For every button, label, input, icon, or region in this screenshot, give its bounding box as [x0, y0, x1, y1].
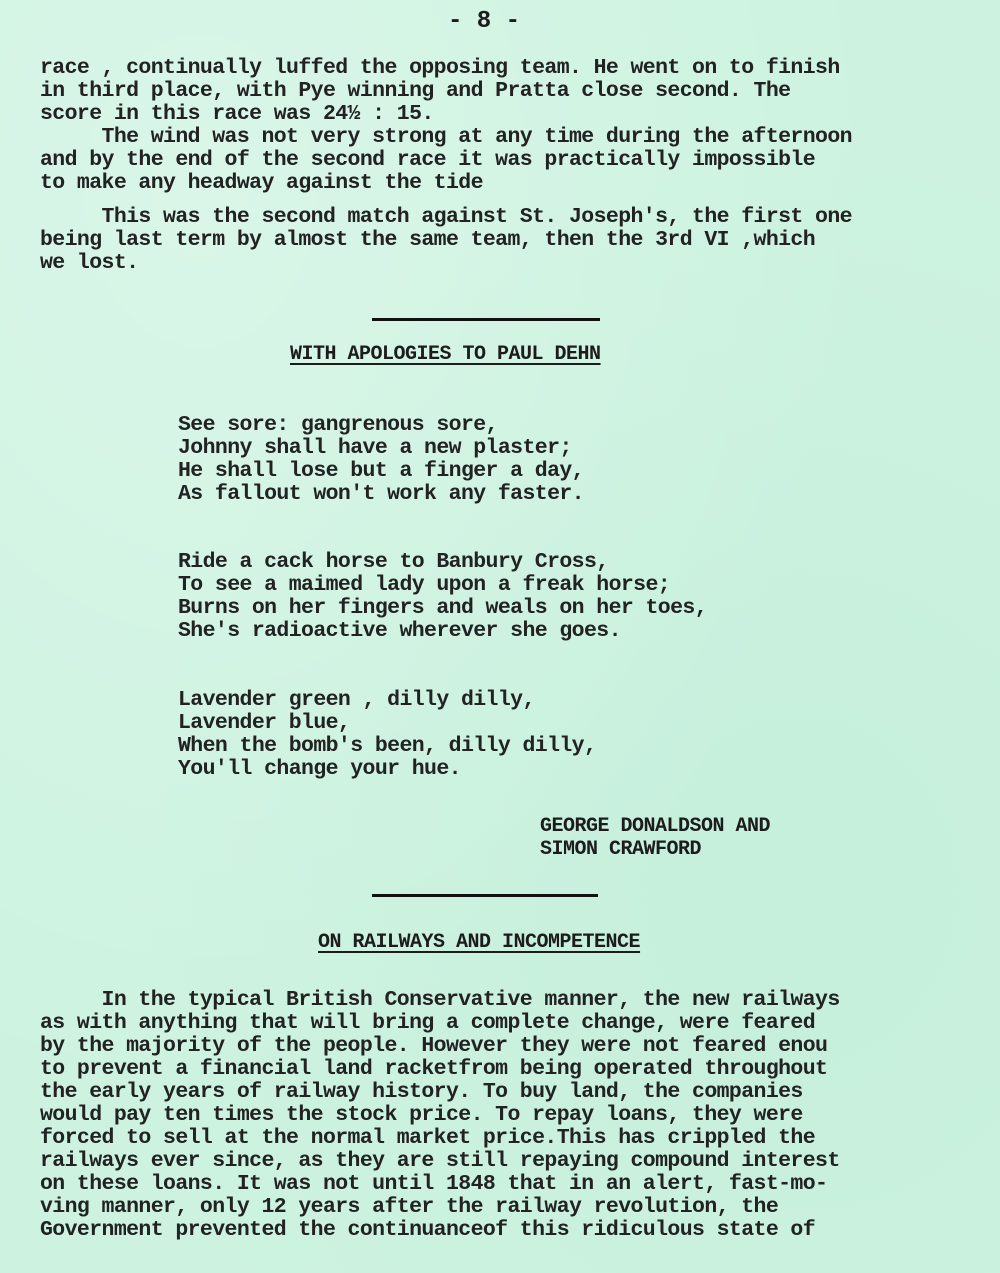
poem-line: Lavender green , dilly dilly, [178, 689, 535, 712]
text-line: to prevent a financial land racketfrom b… [40, 1058, 827, 1081]
poem-title: WITH APOLOGIES TO PAUL DEHN [290, 343, 601, 366]
poem-line: You'll change your hue. [178, 758, 461, 781]
text-line: in third place, with Pye winning and Pra… [40, 80, 790, 103]
text-line: race , continually luffed the opposing t… [40, 57, 840, 80]
author-line: GEORGE DONALDSON AND [540, 815, 770, 838]
text-line: The wind was not very strong at any time… [40, 126, 852, 149]
poem-line: Burns on her fingers and weals on her to… [178, 597, 707, 620]
text-line: This was the second match against St. Jo… [40, 206, 852, 229]
text-line: the early years of railway history. To b… [40, 1081, 803, 1104]
text-line: being last term by almost the same team,… [40, 229, 815, 252]
text-line: railways ever since, as they are still r… [40, 1150, 840, 1173]
poem-line: Lavender blue, [178, 712, 350, 735]
typed-page: - 8 - race , continually luffed the oppo… [0, 0, 1000, 1273]
poem-line: She's radioactive wherever she goes. [178, 620, 621, 643]
text-line: to make any headway against the tide [40, 172, 483, 195]
text-line: as with anything that will bring a compl… [40, 1012, 815, 1035]
page-number: - 8 - [448, 8, 520, 35]
poem-line: See sore: gangrenous sore, [178, 414, 498, 437]
text-line: Government prevented the continuanceof t… [40, 1219, 815, 1242]
text-line: score in this race was 24½ : 15. [40, 103, 434, 126]
poem-line: Johnny shall have a new plaster; [178, 437, 572, 460]
text-line: would pay ten times the stock price. To … [40, 1104, 803, 1127]
text-line: by the majority of the people. However t… [40, 1035, 827, 1058]
text-line: forced to sell at the normal market pric… [40, 1127, 815, 1150]
text-line: ving manner, only 12 years after the rai… [40, 1196, 778, 1219]
text-line: on these loans. It was not until 1848 th… [40, 1173, 827, 1196]
section-divider [372, 894, 598, 897]
article-title: ON RAILWAYS AND INCOMPETENCE [318, 931, 640, 954]
poem-line: As fallout won't work any faster. [178, 483, 584, 506]
section-divider [372, 318, 600, 321]
poem-line: He shall lose but a finger a day, [178, 460, 584, 483]
poem-line: Ride a cack horse to Banbury Cross, [178, 551, 609, 574]
text-line: In the typical British Conservative mann… [40, 989, 840, 1012]
text-line: we lost. [40, 252, 138, 275]
text-line: and by the end of the second race it was… [40, 149, 815, 172]
poem-line: When the bomb's been, dilly dilly, [178, 735, 596, 758]
author-line: SIMON CRAWFORD [540, 838, 701, 861]
poem-line: To see a maimed lady upon a freak horse; [178, 574, 670, 597]
